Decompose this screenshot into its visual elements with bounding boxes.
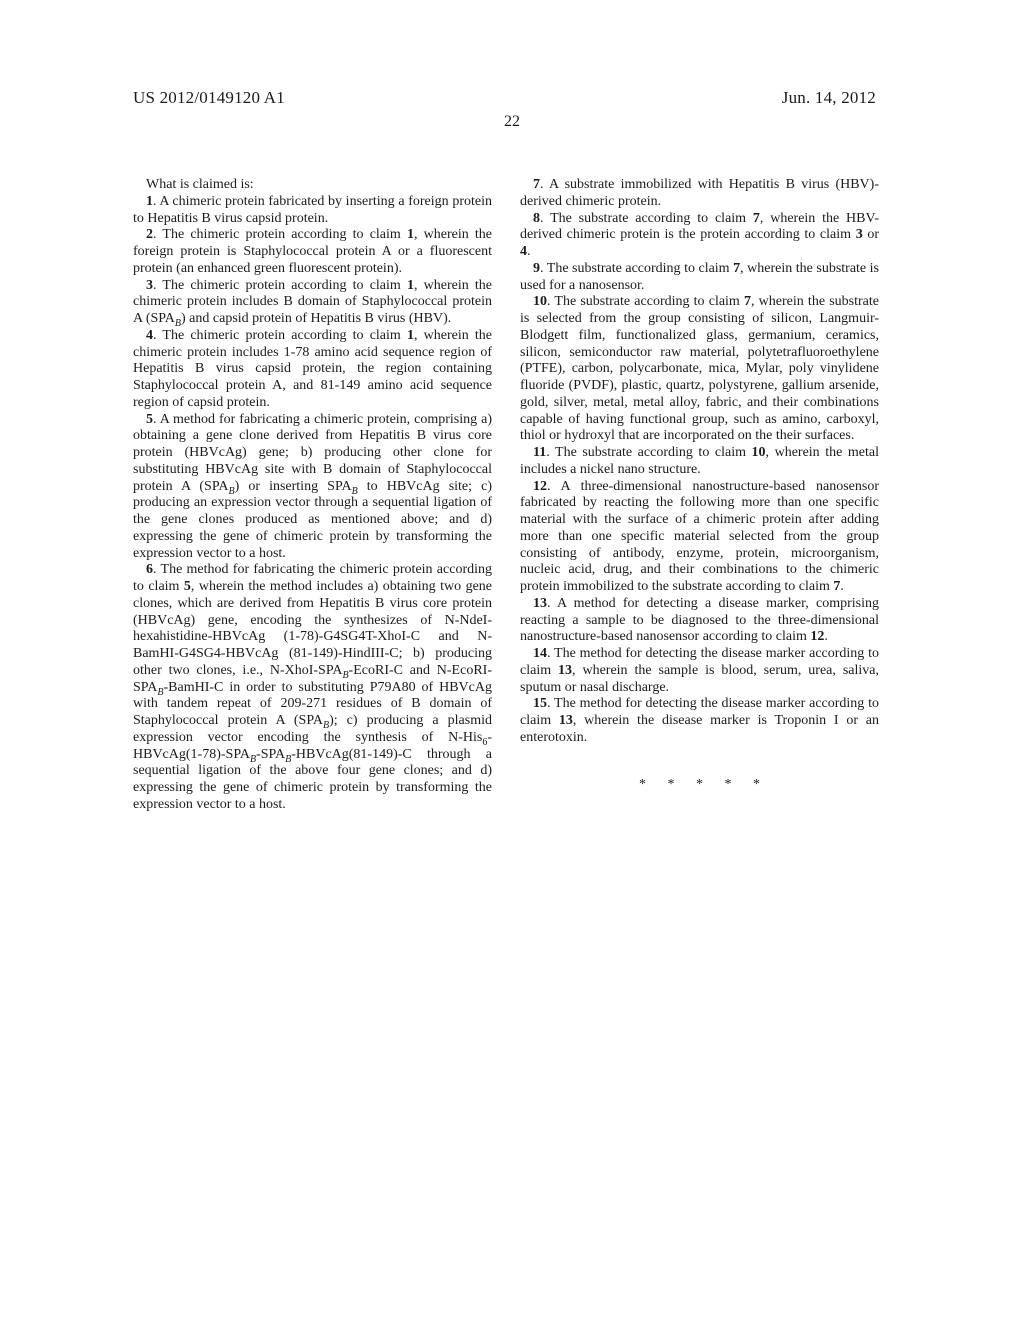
claim-number: 13: [558, 663, 572, 678]
claims-preamble: What is claimed is:: [133, 177, 492, 194]
claim-10: 10. The substrate according to claim 7, …: [520, 294, 879, 445]
claim-text: . A substrate immobilized with Hepatitis…: [520, 177, 879, 209]
claim-number: 1: [407, 328, 414, 343]
claim-number: 3: [146, 278, 153, 293]
claim-5: 5. A method for fabricating a chimeric p…: [133, 412, 492, 563]
claim-number: 1: [146, 194, 153, 209]
claim-text: ) or inserting SPA: [235, 479, 352, 494]
claim-text: . The chimeric protein according to clai…: [153, 227, 407, 242]
claim-text: . The substrate according to claim: [546, 445, 751, 460]
claim-text: or: [863, 227, 879, 242]
claim-text: . A three-dimensional nanostructure-base…: [520, 479, 879, 595]
claim-number: 5: [184, 579, 191, 594]
claim-text: What is claimed is:: [146, 177, 254, 192]
claim-number: 5: [146, 412, 153, 427]
claim-text: . The chimeric protein according to clai…: [153, 278, 407, 293]
claim-number: 11: [533, 445, 546, 460]
claim-number: 12: [533, 479, 547, 494]
claim-number: 8: [533, 211, 540, 226]
claim-number: 1: [407, 227, 414, 242]
claim-number: 2: [146, 227, 153, 242]
claim-number: 10: [752, 445, 766, 460]
claim-text: , wherein the sample is blood, serum, ur…: [520, 663, 879, 695]
claim-number: 7: [533, 177, 540, 192]
claim-9: 9. The substrate according to claim 7, w…: [520, 261, 879, 295]
claim-14: 14. The method for detecting the disease…: [520, 646, 879, 696]
claims-left-column: What is claimed is:1. A chimeric protein…: [133, 177, 492, 814]
claim-text: . The substrate according to claim: [540, 211, 753, 226]
claim-number: 7: [744, 294, 751, 309]
page-header: US 2012/0149120 A1 Jun. 14, 2012: [133, 88, 876, 108]
claim-number: 9: [533, 261, 540, 276]
claim-number: 13: [533, 596, 547, 611]
claim-11: 11. The substrate according to claim 10,…: [520, 445, 879, 479]
claim-text: .: [527, 244, 531, 259]
claim-number: 15: [533, 696, 547, 711]
claim-text: . The substrate according to claim: [547, 294, 744, 309]
claim-text: .: [840, 579, 844, 594]
claim-number: 6: [146, 562, 153, 577]
claim-3: 3. The chimeric protein according to cla…: [133, 278, 492, 328]
claim-4: 4. The chimeric protein according to cla…: [133, 328, 492, 412]
claim-text: -SPA: [256, 747, 285, 762]
claim-number: 7: [753, 211, 760, 226]
claims-section: What is claimed is:1. A chimeric protein…: [133, 177, 879, 814]
claim-text: . The chimeric protein according to clai…: [153, 328, 407, 343]
claim-number: 3: [856, 227, 863, 242]
end-of-claims-marker: * * * * *: [520, 777, 879, 794]
claim-7: 7. A substrate immobilized with Hepatiti…: [520, 177, 879, 211]
patent-page: US 2012/0149120 A1 Jun. 14, 2012 22 What…: [0, 0, 1024, 1320]
claim-text: , wherein the substrate is selected from…: [520, 294, 879, 443]
claim-text: ) and capsid protein of Hepatitis B viru…: [181, 311, 451, 326]
claim-6: 6. The method for fabricating the chimer…: [133, 562, 492, 813]
claims-right-column: 7. A substrate immobilized with Hepatiti…: [520, 177, 879, 814]
claim-text: . The substrate according to claim: [540, 261, 733, 276]
page-number: 22: [0, 113, 1024, 131]
claim-1: 1. A chimeric protein fabricated by inse…: [133, 194, 492, 228]
claim-number: 14: [533, 646, 547, 661]
claim-text: * * * * *: [639, 777, 760, 792]
claim-number: 13: [559, 713, 573, 728]
claim-text: , wherein the disease marker is Troponin…: [520, 713, 879, 745]
publication-date: Jun. 14, 2012: [782, 88, 876, 108]
publication-number: US 2012/0149120 A1: [133, 88, 285, 108]
claim-number: 10: [533, 294, 547, 309]
claim-2: 2. The chimeric protein according to cla…: [133, 227, 492, 277]
claim-text: . A chimeric protein fabricated by inser…: [133, 194, 492, 226]
claim-text: .: [824, 629, 828, 644]
claim-number: 4: [146, 328, 153, 343]
claim-13: 13. A method for detecting a disease mar…: [520, 596, 879, 646]
claim-12: 12. A three-dimensional nanostructure-ba…: [520, 479, 879, 596]
claim-number: 1: [407, 278, 414, 293]
claim-15: 15. The method for detecting the disease…: [520, 696, 879, 746]
claim-8: 8. The substrate according to claim 7, w…: [520, 211, 879, 261]
claim-number: 4: [520, 244, 527, 259]
claim-number: 12: [810, 629, 824, 644]
